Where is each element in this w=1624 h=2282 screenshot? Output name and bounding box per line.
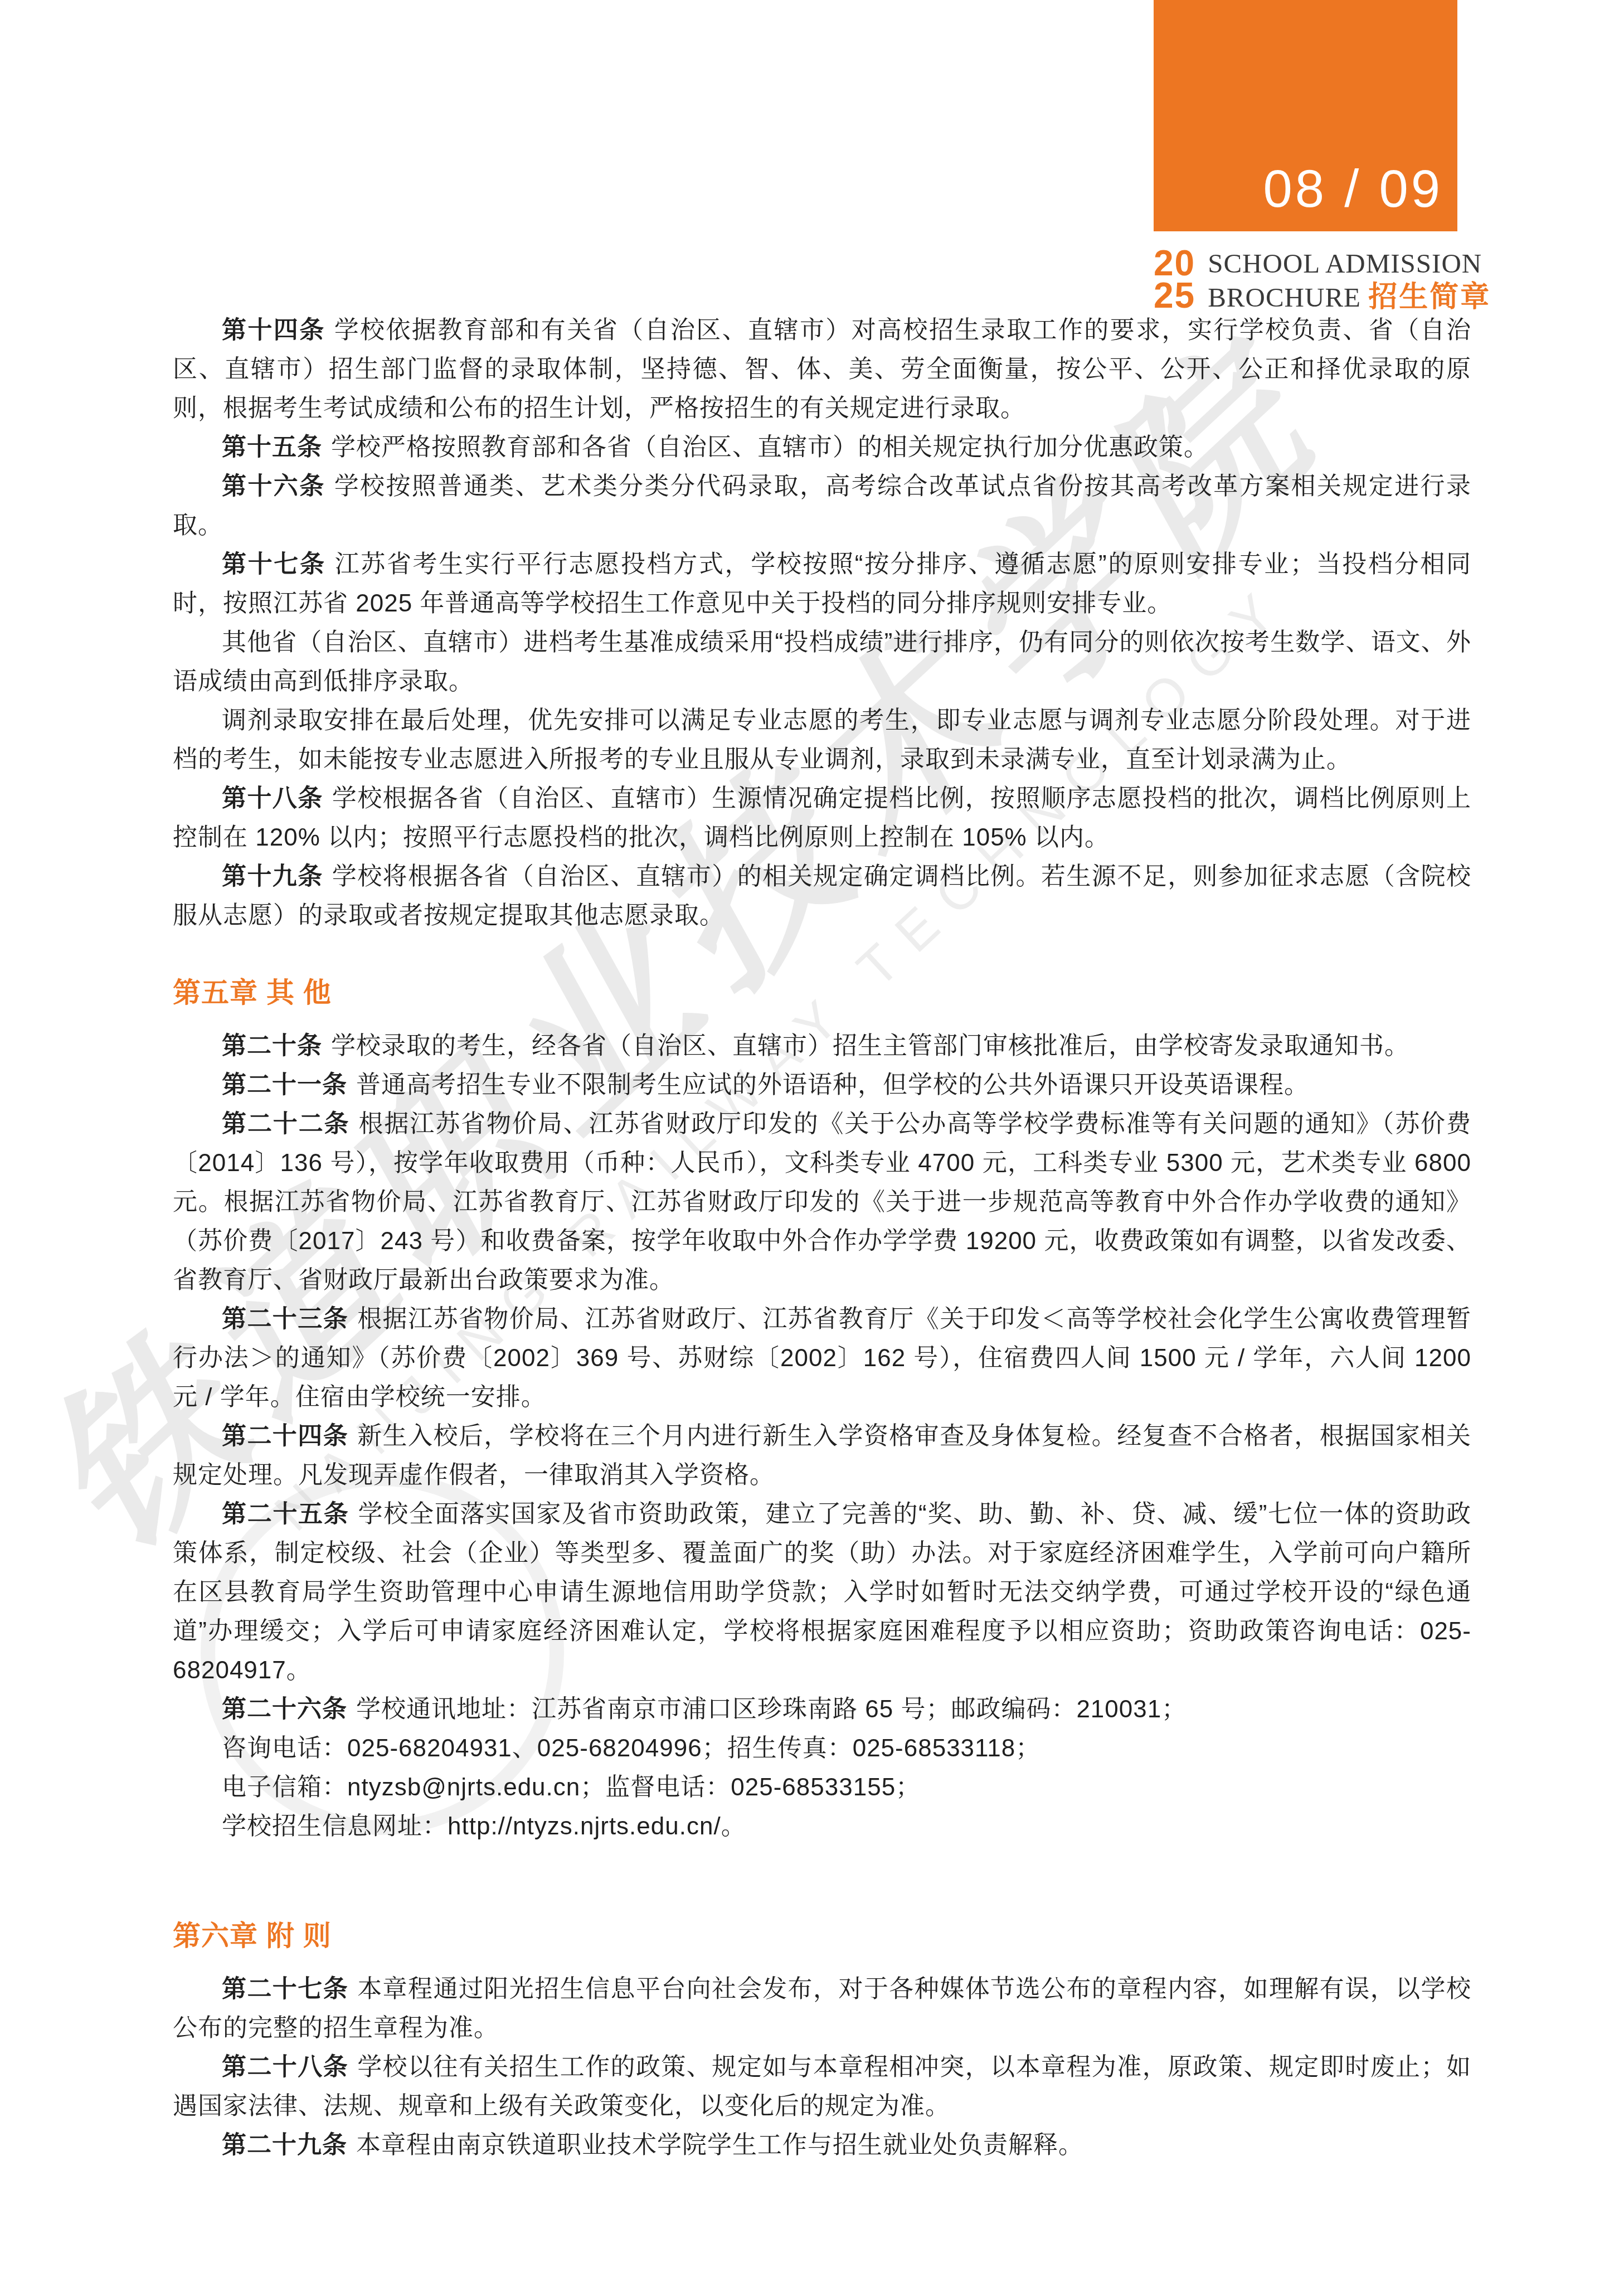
brand-title-chinese: 招生简章 <box>1368 281 1491 313</box>
brand-title-line2: BROCHURE 招生简章 <box>1208 280 1491 314</box>
article-paragraph: 第十六条学校按照普通类、艺术类分类分代码录取，高考综合改革试点省份按其高考改革方… <box>173 467 1471 545</box>
article-paragraph: 第二十三条根据江苏省物价局、江苏省财政厅、江苏省教育厅《关于印发＜高等学校社会化… <box>173 1300 1471 1417</box>
article-paragraph: 第二十五条学校全面落实国家及省市资助政策，建立了完善的“奖、助、勤、补、贷、减、… <box>173 1495 1471 1690</box>
brochure-brand: 20 25 SCHOOL ADMISSION BROCHURE 招生简章 <box>1154 247 1466 314</box>
article-text: 调剂录取安排在最后处理，优先安排可以满足专业志愿的考生，即专业志愿与调剂专业志愿… <box>173 707 1471 773</box>
article-number: 第二十八条 <box>222 2053 348 2081</box>
article-text: 本章程由南京铁道职业技术学院学生工作与招生就业处负责解释。 <box>356 2132 1083 2159</box>
article-number: 第二十九条 <box>222 2132 347 2159</box>
chapter-heading-six: 第六章 附 则 <box>173 1920 1471 1952</box>
article-paragraph: 第十九条学校将根据各省（自治区、直辖市）的相关规定确定调档比例。若生源不足，则参… <box>173 857 1471 935</box>
article-paragraph: 第十七条江苏省考生实行平行志愿投档方式，学校按照“按分排序、遵循志愿”的原则安排… <box>173 545 1471 623</box>
article-text: 学校全面落实国家及省市资助政策，建立了完善的“奖、助、勤、补、贷、减、缓”七位一… <box>173 1501 1471 1684</box>
chapter-heading-five: 第五章 其 他 <box>173 977 1471 1009</box>
article-paragraph: 第二十八条学校以往有关招生工作的政策、规定如与本章程相冲突，以本章程为准，原政策… <box>173 2048 1471 2126</box>
article-number: 第十六条 <box>222 473 325 500</box>
article-number: 第十五条 <box>222 434 322 461</box>
article-text: 根据江苏省物价局、江苏省财政厅、江苏省教育厅《关于印发＜高等学校社会化学生公寓收… <box>173 1305 1471 1411</box>
article-text: 学校通讯地址：江苏省南京市浦口区珍珠南路 65 号；邮政编码：210031； <box>356 1696 1187 1723</box>
article-paragraph: 第二十一条普通高考招生专业不限制考生应试的外语语种，但学校的公共外语课只开设英语… <box>173 1066 1471 1105</box>
article-text: 学校招生信息网址：http://ntyzs.njrts.edu.cn/。 <box>222 1813 746 1840</box>
article-text: 学校按照普通类、艺术类分类分代码录取，高考综合改革试点省份按其高考改革方案相关规… <box>173 473 1471 539</box>
article-number: 第二十七条 <box>222 1975 348 2003</box>
article-text: 本章程通过阳光招生信息平台向社会发布，对于各种媒体节选公布的章程内容，如理解有误… <box>173 1975 1471 2042</box>
article-text: 江苏省考生实行平行志愿投档方式，学校按照“按分排序、遵循志愿”的原则安排专业；当… <box>173 551 1471 617</box>
article-text: 电子信箱：ntyzsb@njrts.edu.cn；监督电话：025-685331… <box>222 1774 921 1801</box>
article-paragraph: 第十八条学校根据各省（自治区、直辖市）生源情况确定提档比例，按照顺序志愿投档的批… <box>173 779 1471 857</box>
article-text: 学校录取的考生，经各省（自治区、直辖市）招生主管部门审核批准后，由学校寄发录取通… <box>331 1032 1409 1060</box>
brochure-page: 铁道职业技术学院 NANJING RAILWAY TECHNOLOGY 08 /… <box>0 0 1624 2282</box>
article-paragraph: 调剂录取安排在最后处理，优先安排可以满足专业志愿的考生，即专业志愿与调剂专业志愿… <box>173 701 1471 779</box>
page-number-banner: 08 / 09 <box>1154 0 1457 231</box>
article-paragraph: 第十四条学校依据教育部和有关省（自治区、直辖市）对高校招生录取工作的要求，实行学… <box>173 311 1471 428</box>
article-text: 学校根据各省（自治区、直辖市）生源情况确定提档比例，按照顺序志愿投档的批次，调档… <box>173 785 1471 851</box>
article-text: 学校将根据各省（自治区、直辖市）的相关规定确定调档比例。若生源不足，则参加征求志… <box>173 863 1471 929</box>
article-number: 第二十一条 <box>222 1071 347 1099</box>
article-paragraph: 其他省（自治区、直辖市）进档考生基准成绩采用“投档成绩”进行排序，仍有同分的则依… <box>173 623 1471 701</box>
article-number: 第二十二条 <box>222 1110 349 1138</box>
brand-title: SCHOOL ADMISSION BROCHURE 招生简章 <box>1208 247 1491 314</box>
article-number: 第二十三条 <box>222 1305 348 1333</box>
article-number: 第十八条 <box>222 785 323 812</box>
article-text: 普通高考招生专业不限制考生应试的外语语种，但学校的公共外语课只开设英语课程。 <box>356 1071 1309 1099</box>
article-text: 其他省（自治区、直辖市）进档考生基准成绩采用“投档成绩”进行排序，仍有同分的则依… <box>173 629 1471 695</box>
article-paragraph: 第二十四条新生入校后，学校将在三个月内进行新生入学资格审查及身体复检。经复查不合… <box>173 1417 1471 1495</box>
article-number: 第二十四条 <box>222 1422 348 1450</box>
article-text: 咨询电话：025-68204931、025-68204996；招生传真：025-… <box>222 1735 1040 1762</box>
brand-year-top: 20 <box>1154 247 1195 279</box>
brand-title-line1: SCHOOL ADMISSION <box>1208 247 1491 280</box>
article-text: 学校严格按照教育部和各省（自治区、直辖市）的相关规定执行加分优惠政策。 <box>331 434 1209 461</box>
article-paragraph: 第二十九条本章程由南京铁道职业技术学院学生工作与招生就业处负责解释。 <box>173 2126 1471 2165</box>
article-paragraph: 第二十六条学校通讯地址：江苏省南京市浦口区珍珠南路 65 号；邮政编码：2100… <box>173 1690 1471 1729</box>
article-number: 第十九条 <box>222 863 323 890</box>
contact-line-website: 学校招生信息网址：http://ntyzs.njrts.edu.cn/。 <box>173 1807 1471 1846</box>
article-text: 学校以往有关招生工作的政策、规定如与本章程相冲突，以本章程为准，原政策、规定即时… <box>173 2053 1471 2120</box>
document-body: 第十四条学校依据教育部和有关省（自治区、直辖市）对高校招生录取工作的要求，实行学… <box>173 311 1471 2165</box>
article-number: 第二十五条 <box>222 1501 349 1528</box>
article-paragraph: 第十五条学校严格按照教育部和各省（自治区、直辖市）的相关规定执行加分优惠政策。 <box>173 428 1471 467</box>
article-text: 新生入校后，学校将在三个月内进行新生入学资格审查及身体复检。经复查不合格者，根据… <box>173 1422 1471 1489</box>
article-number: 第十四条 <box>222 317 325 344</box>
brand-year: 20 25 <box>1154 247 1195 312</box>
article-paragraph: 第二十条学校录取的考生，经各省（自治区、直辖市）招生主管部门审核批准后，由学校寄… <box>173 1027 1471 1066</box>
article-paragraph: 第二十二条根据江苏省物价局、江苏省财政厅印发的《关于公办高等学校学费标准等有关问… <box>173 1105 1471 1300</box>
page-number: 08 / 09 <box>1263 159 1443 219</box>
contact-line-phones: 咨询电话：025-68204931、025-68204996；招生传真：025-… <box>173 1729 1471 1768</box>
article-text: 学校依据教育部和有关省（自治区、直辖市）对高校招生录取工作的要求，实行学校负责、… <box>173 317 1471 422</box>
brand-title-brochure: BROCHURE <box>1208 282 1361 313</box>
article-number: 第二十条 <box>222 1032 322 1060</box>
article-number: 第二十六条 <box>222 1696 347 1723</box>
article-paragraph: 第二十七条本章程通过阳光招生信息平台向社会发布，对于各种媒体节选公布的章程内容，… <box>173 1970 1471 2048</box>
article-number: 第十七条 <box>222 551 326 578</box>
article-text: 根据江苏省物价局、江苏省财政厅印发的《关于公办高等学校学费标准等有关问题的通知》… <box>173 1110 1471 1294</box>
contact-line-email: 电子信箱：ntyzsb@njrts.edu.cn；监督电话：025-685331… <box>173 1768 1471 1807</box>
brand-year-bottom: 25 <box>1154 279 1195 312</box>
